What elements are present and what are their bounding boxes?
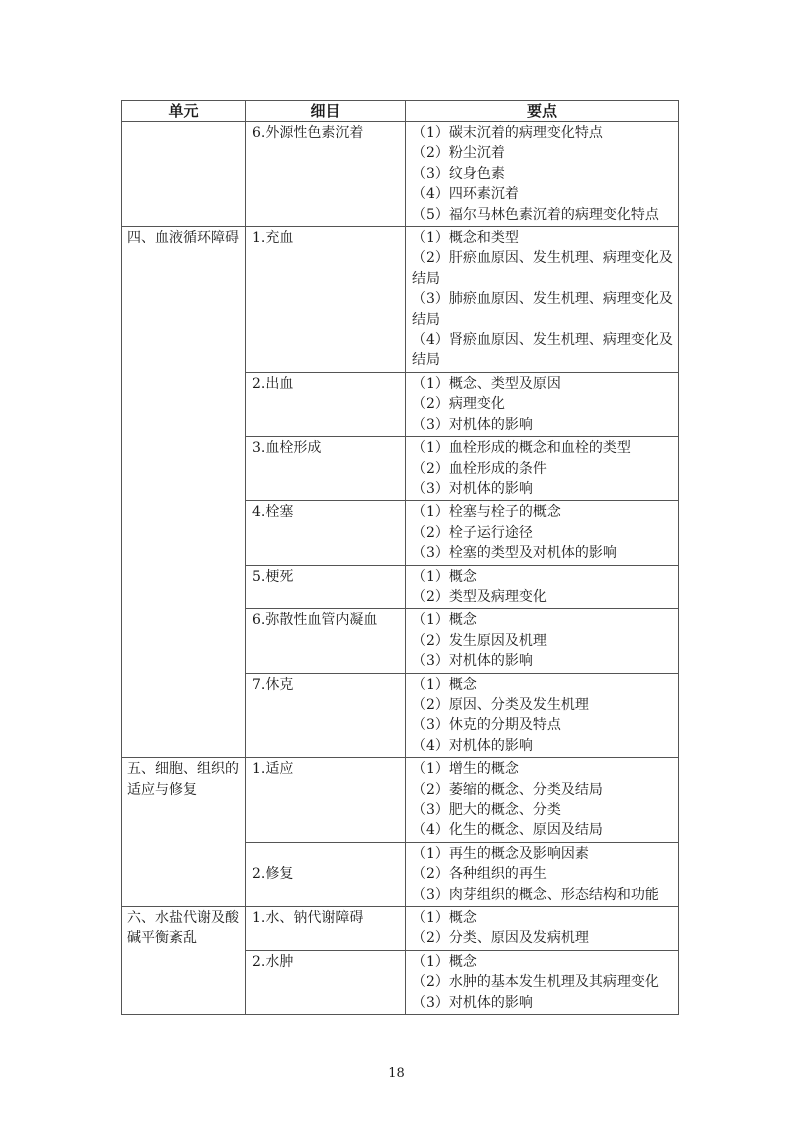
point-line: （1）概念 (412, 908, 675, 928)
point-line: （2）类型及病理变化 (412, 587, 675, 607)
point-line: （1）概念和类型 (412, 228, 675, 248)
syllabus-table-body: 6.外源性色素沉着（1）碳末沉着的病理变化特点（2）粉尘沉着（3）纹身色素（4）… (122, 122, 679, 1015)
points-cell: （1）再生的概念及影响因素（2）各种组织的再生（3）肉芽组织的概念、形态结构和功… (406, 842, 679, 906)
point-line: （4）四环素沉着 (412, 184, 675, 204)
item-cell: 6.弥散性血管内凝血 (246, 609, 406, 673)
point-line: （1）血栓形成的概念和血栓的类型 (412, 438, 675, 458)
point-line: （2）萎缩的概念、分类及结局 (412, 780, 675, 800)
point-line: （2）发生原因及机理 (412, 631, 675, 651)
table-row: 六、水盐代谢及酸碱平衡紊乱1.水、钠代谢障碍（1）概念（2）分类、原因及发病机理 (122, 907, 679, 951)
point-line: （3）对机体的影响 (412, 415, 675, 435)
item-cell: 7.休克 (246, 673, 406, 758)
item-cell: 1.充血 (246, 227, 406, 373)
point-line: （3）肺瘀血原因、发生机理、病理变化及结局 (412, 289, 675, 330)
item-cell: 2.修复 (246, 842, 406, 906)
point-line: （1）栓塞与栓子的概念 (412, 502, 675, 522)
point-line: （2）粉尘沉着 (412, 143, 675, 163)
point-line: （4）对机体的影响 (412, 736, 675, 756)
point-line: （1）概念 (412, 567, 675, 587)
point-line: （3）肥大的概念、分类 (412, 800, 675, 820)
point-line: （4）肾瘀血原因、发生机理、病理变化及结局 (412, 330, 675, 371)
point-line: （3）休克的分期及特点 (412, 715, 675, 735)
item-cell: 2.水肿 (246, 950, 406, 1014)
points-cell: （1）概念（2）分类、原因及发病机理 (406, 907, 679, 951)
table-header-row: 单元 细目 要点 (122, 101, 679, 122)
unit-cell: 六、水盐代谢及酸碱平衡紊乱 (122, 907, 246, 1015)
point-line: （1）概念 (412, 610, 675, 630)
unit-cell (122, 122, 246, 227)
point-line: （3）对机体的影响 (412, 479, 675, 499)
item-cell: 1.水、钠代谢障碍 (246, 907, 406, 951)
point-line: （1）再生的概念及影响因素 (412, 844, 675, 864)
item-cell: 5.梗死 (246, 565, 406, 609)
points-cell: （1）概念（2）水肿的基本发生机理及其病理变化（3）对机体的影响 (406, 950, 679, 1014)
point-line: （3）栓塞的类型及对机体的影响 (412, 543, 675, 563)
unit-cell: 四、血液循环障碍 (122, 227, 246, 758)
point-line: （1）概念 (412, 675, 675, 695)
point-line: （5）福尔马林色素沉着的病理变化特点 (412, 205, 675, 225)
unit-cell: 五、细胞、组织的适应与修复 (122, 758, 246, 907)
column-header-points: 要点 (406, 101, 679, 122)
point-line: （1）碳末沉着的病理变化特点 (412, 123, 675, 143)
point-line: （3）对机体的影响 (412, 651, 675, 671)
point-line: （3）肉芽组织的概念、形态结构和功能 (412, 885, 675, 905)
points-cell: （1）概念、类型及原因（2）病理变化（3）对机体的影响 (406, 372, 679, 436)
point-line: （4）化生的概念、原因及结局 (412, 820, 675, 840)
point-line: （1）概念 (412, 952, 675, 972)
point-line: （2）各种组织的再生 (412, 864, 675, 884)
points-cell: （1）栓塞与栓子的概念（2）栓子运行途径（3）栓塞的类型及对机体的影响 (406, 501, 679, 565)
point-line: （2）血栓形成的条件 (412, 459, 675, 479)
column-header-item: 细目 (246, 101, 406, 122)
item-cell: 4.栓塞 (246, 501, 406, 565)
point-line: （3）对机体的影响 (412, 993, 675, 1013)
points-cell: （1）增生的概念（2）萎缩的概念、分类及结局（3）肥大的概念、分类（4）化生的概… (406, 758, 679, 843)
points-cell: （1）概念和类型（2）肝瘀血原因、发生机理、病理变化及结局（3）肺瘀血原因、发生… (406, 227, 679, 373)
points-cell: （1）概念（2）发生原因及机理（3）对机体的影响 (406, 609, 679, 673)
document-page: 单元 细目 要点 6.外源性色素沉着（1）碳末沉着的病理变化特点（2）粉尘沉着（… (0, 0, 793, 1122)
point-line: （2）原因、分类及发生机理 (412, 695, 675, 715)
item-cell: 3.血栓形成 (246, 437, 406, 501)
table-row: 四、血液循环障碍1.充血（1）概念和类型（2）肝瘀血原因、发生机理、病理变化及结… (122, 227, 679, 373)
item-cell: 1.适应 (246, 758, 406, 843)
point-line: （2）栓子运行途径 (412, 523, 675, 543)
point-line: （2）水肿的基本发生机理及其病理变化 (412, 972, 675, 992)
table-row: 6.外源性色素沉着（1）碳末沉着的病理变化特点（2）粉尘沉着（3）纹身色素（4）… (122, 122, 679, 227)
point-line: （2）分类、原因及发病机理 (412, 928, 675, 948)
point-line: （3）纹身色素 (412, 164, 675, 184)
syllabus-table: 单元 细目 要点 6.外源性色素沉着（1）碳末沉着的病理变化特点（2）粉尘沉着（… (121, 100, 679, 1015)
point-line: （1）增生的概念 (412, 759, 675, 779)
item-cell: 2.出血 (246, 372, 406, 436)
page-number: 18 (0, 1066, 793, 1082)
column-header-unit: 单元 (122, 101, 246, 122)
points-cell: （1）概念（2）原因、分类及发生机理（3）休克的分期及特点（4）对机体的影响 (406, 673, 679, 758)
table-row: 五、细胞、组织的适应与修复1.适应（1）增生的概念（2）萎缩的概念、分类及结局（… (122, 758, 679, 843)
item-cell: 6.外源性色素沉着 (246, 122, 406, 227)
points-cell: （1）碳末沉着的病理变化特点（2）粉尘沉着（3）纹身色素（4）四环素沉着（5）福… (406, 122, 679, 227)
point-line: （1）概念、类型及原因 (412, 374, 675, 394)
points-cell: （1）血栓形成的概念和血栓的类型（2）血栓形成的条件（3）对机体的影响 (406, 437, 679, 501)
point-line: （2）肝瘀血原因、发生机理、病理变化及结局 (412, 248, 675, 289)
point-line: （2）病理变化 (412, 394, 675, 414)
points-cell: （1）概念（2）类型及病理变化 (406, 565, 679, 609)
